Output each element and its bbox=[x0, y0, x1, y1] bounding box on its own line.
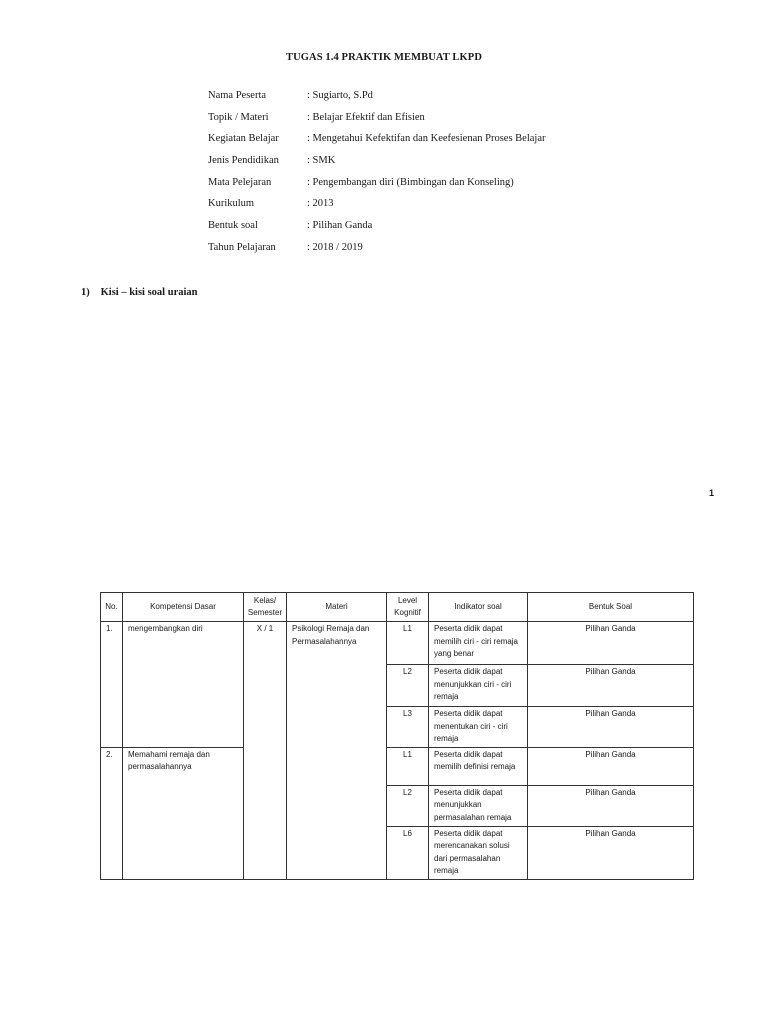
cell-no: 1. bbox=[101, 622, 123, 748]
cell-level: L2 bbox=[387, 665, 429, 707]
section-heading: 1) Kisi – kisi soal uraian bbox=[81, 287, 197, 298]
header-bentuk-soal: Bentuk Soal bbox=[528, 593, 694, 622]
kisi-kisi-table: No. Kompetensi Dasar Kelas/ Semester Mat… bbox=[100, 592, 694, 880]
info-row-kegiatan: Kegiatan Belajar : Mengetahui Kefektifan… bbox=[208, 133, 546, 155]
cell-level: L2 bbox=[387, 785, 429, 826]
cell-indikator: Peserta didik dapat memilih definisi rem… bbox=[429, 747, 528, 785]
info-value: : Sugiarto, S.Pd bbox=[307, 90, 373, 112]
info-row-tahun-pelajaran: Tahun Pelajaran : 2018 / 2019 bbox=[208, 242, 546, 264]
cell-bentuk: Pilihan Ganda bbox=[528, 785, 694, 826]
header-kelas-semester: Kelas/ Semester bbox=[244, 593, 287, 622]
info-block: Nama Peserta : Sugiarto, S.Pd Topik / Ma… bbox=[208, 90, 546, 264]
info-row-mata-pelajaran: Mata Pelejaran : Pengembangan diri (Bimb… bbox=[208, 177, 546, 199]
table-row: 1. mengembangkan diri X / 1 Psikologi Re… bbox=[101, 622, 694, 665]
info-value: : SMK bbox=[307, 155, 335, 177]
info-label: Kegiatan Belajar bbox=[208, 133, 307, 155]
table-row: 2. Memahami remaja dan permasalahannya L… bbox=[101, 747, 694, 785]
header-level-kognitif: Level Kognitif bbox=[387, 593, 429, 622]
table-header-row: No. Kompetensi Dasar Kelas/ Semester Mat… bbox=[101, 593, 694, 622]
info-value: : 2018 / 2019 bbox=[307, 242, 363, 264]
cell-kompetensi-dasar: Memahami remaja dan permasalahannya bbox=[123, 747, 244, 879]
cell-indikator: Peserta didik dapat memilih ciri - ciri … bbox=[429, 622, 528, 665]
info-row-kurikulum: Kurikulum : 2013 bbox=[208, 198, 546, 220]
cell-materi: Psikologi Remaja dan Permasalahannya bbox=[287, 622, 387, 880]
info-label: Topik / Materi bbox=[208, 112, 307, 134]
info-row-bentuk-soal: Bentuk soal : Pilihan Ganda bbox=[208, 220, 546, 242]
info-label: Jenis Pendidikan bbox=[208, 155, 307, 177]
info-row-nama-peserta: Nama Peserta : Sugiarto, S.Pd bbox=[208, 90, 546, 112]
header-kompetensi-dasar: Kompetensi Dasar bbox=[123, 593, 244, 622]
cell-level: L1 bbox=[387, 622, 429, 665]
info-label: Kurikulum bbox=[208, 198, 307, 220]
cell-kelas-semester: X / 1 bbox=[244, 622, 287, 880]
cell-bentuk: Pilihan Ganda bbox=[528, 747, 694, 785]
cell-indikator: Peserta didik dapat menunjukkan permasal… bbox=[429, 785, 528, 826]
cell-indikator: Peserta didik dapat menunjukkan ciri - c… bbox=[429, 665, 528, 707]
cell-indikator: Peserta didik dapat menentukan ciri - ci… bbox=[429, 707, 528, 748]
info-value: : 2013 bbox=[307, 198, 334, 220]
cell-bentuk: Pilihan Ganda bbox=[528, 622, 694, 665]
section-number: 1) bbox=[81, 287, 98, 298]
info-row-topik: Topik / Materi : Belajar Efektif dan Efi… bbox=[208, 112, 546, 134]
section-title: Kisi – kisi soal uraian bbox=[101, 287, 198, 298]
info-value: : Belajar Efektif dan Efisien bbox=[307, 112, 425, 134]
info-label: Bentuk soal bbox=[208, 220, 307, 242]
cell-level: L6 bbox=[387, 826, 429, 879]
cell-indikator: Peserta didik dapat merencanakan solusi … bbox=[429, 826, 528, 879]
info-value: : Mengetahui Kefektifan dan Keefesienan … bbox=[307, 133, 546, 155]
info-row-jenis-pendidikan: Jenis Pendidikan : SMK bbox=[208, 155, 546, 177]
header-indikator-soal: Indikator soal bbox=[429, 593, 528, 622]
cell-no: 2. bbox=[101, 747, 123, 879]
info-label: Mata Pelejaran bbox=[208, 177, 307, 199]
cell-level: L3 bbox=[387, 707, 429, 748]
cell-kompetensi-dasar: mengembangkan diri bbox=[123, 622, 244, 748]
info-value: : Pilihan Ganda bbox=[307, 220, 372, 242]
header-materi: Materi bbox=[287, 593, 387, 622]
info-label: Nama Peserta bbox=[208, 90, 307, 112]
cell-bentuk: Pilihan Ganda bbox=[528, 707, 694, 748]
document-title: TUGAS 1.4 PRAKTIK MEMBUAT LKPD bbox=[0, 52, 768, 63]
cell-bentuk: Pilihan Ganda bbox=[528, 826, 694, 879]
info-value: : Pengembangan diri (Bimbingan dan Konse… bbox=[307, 177, 514, 199]
header-no: No. bbox=[101, 593, 123, 622]
cell-bentuk: Pilihan Ganda bbox=[528, 665, 694, 707]
cell-level: L1 bbox=[387, 747, 429, 785]
info-label: Tahun Pelajaran bbox=[208, 242, 307, 264]
page-number: 1 bbox=[709, 488, 714, 498]
